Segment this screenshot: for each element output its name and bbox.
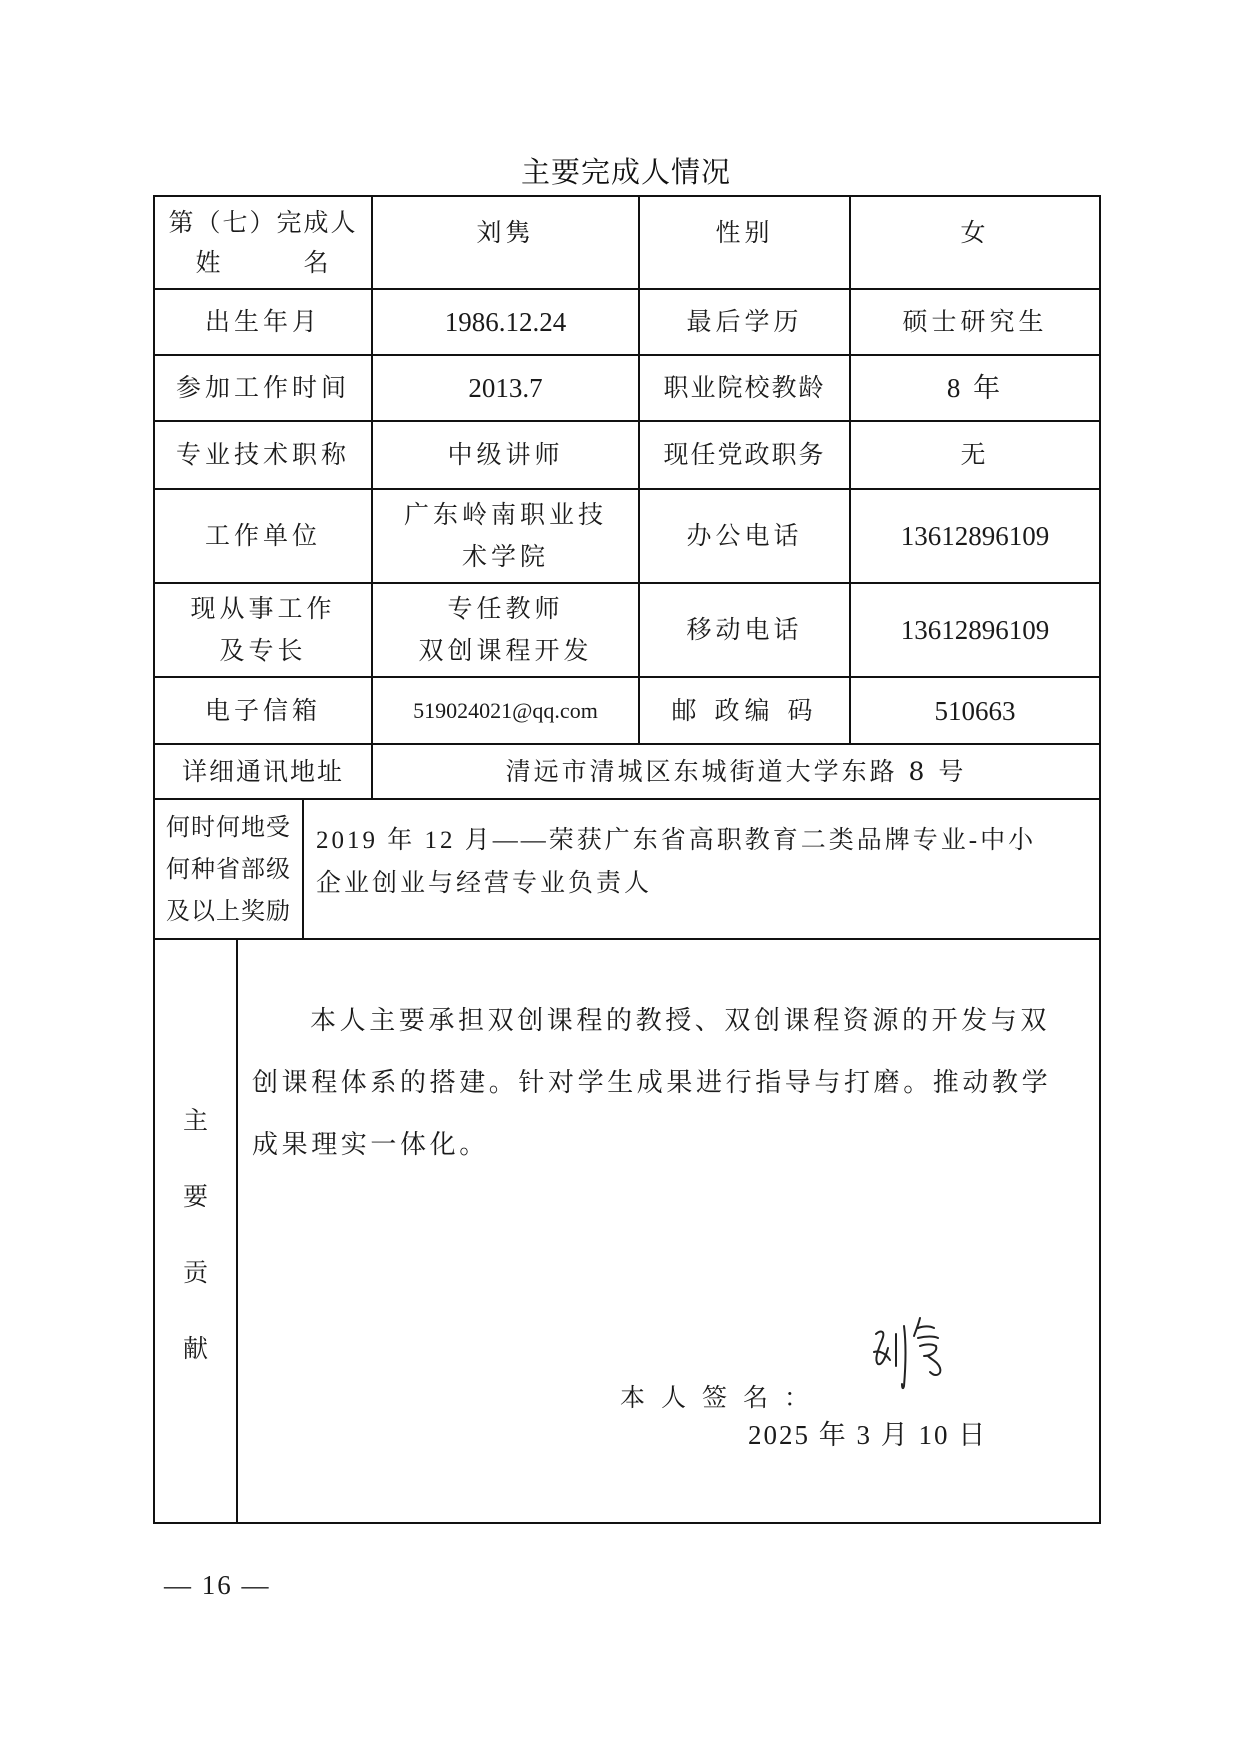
employer-line2: 术学院 — [462, 536, 549, 578]
address-label: 详细通讯地址 — [155, 745, 371, 798]
birth-label: 出生年月 — [155, 290, 371, 354]
teaching-years-value: 8 年 — [851, 356, 1099, 420]
name-value: 刘隽 — [373, 197, 638, 269]
page-number: — 16 — — [164, 1570, 271, 1601]
address-value: 清远市清城区东城街道大学东路 8 号 — [373, 745, 1099, 798]
page-title: 主要完成人情况 — [0, 150, 1240, 191]
mobile-value: 13612896109 — [851, 584, 1099, 676]
contribution-label-char: 要 — [183, 1159, 208, 1235]
email-label: 电子信箱 — [155, 678, 371, 743]
signature-icon — [868, 1312, 958, 1396]
gender-label: 性别 — [640, 197, 849, 269]
contribution-label-char: 献 — [183, 1311, 208, 1387]
signature-date: 2025 年 3 月 10 日 — [748, 1413, 987, 1452]
mobile-label: 移动电话 — [640, 584, 849, 676]
awards-label-line3: 及以上奖励 — [166, 890, 291, 932]
current-work-label-line1: 现从事工作 — [190, 588, 335, 630]
employer-line1: 广东岭南职业技 — [404, 494, 607, 536]
handwritten-signature — [868, 1312, 958, 1396]
office-phone-value: 13612896109 — [851, 490, 1099, 582]
contribution-label-char: 贡 — [183, 1235, 208, 1311]
awards-text-line2: 企业创业与经营专业负责人 — [316, 862, 652, 904]
name-label-cell: 第（七）完成人 姓 名 — [155, 197, 371, 288]
office-phone-label: 办公电话 — [640, 490, 849, 582]
current-work-label: 现从事工作 及专长 — [155, 584, 371, 676]
table-border-right — [1099, 195, 1101, 1524]
contribution-line3: 成果理实一体化。 — [252, 1114, 1092, 1176]
education-label: 最后学历 — [640, 290, 849, 354]
current-work-line1: 专任教师 — [447, 588, 563, 630]
awards-label: 何时何地受 何种省部级 及以上奖励 — [155, 800, 302, 938]
awards-text: 2019 年 12 月——荣获广东省高职教育二类品牌专业-中小 企业创业与经营专… — [304, 820, 1099, 906]
birth-value: 1986.12.24 — [373, 290, 638, 354]
work-start-label: 参加工作时间 — [155, 356, 371, 420]
contribution-line2: 创课程体系的搭建。针对学生成果进行指导与打磨。推动教学 — [252, 1052, 1092, 1114]
gender-value: 女 — [851, 197, 1099, 269]
teaching-years-label: 职业院校教龄 — [640, 356, 849, 420]
awards-text-line1: 2019 年 12 月——荣获广东省高职教育二类品牌专业-中小 — [316, 820, 1036, 862]
work-start-value: 2013.7 — [373, 356, 638, 420]
awards-label-line2: 何种省部级 — [166, 848, 291, 890]
professional-title-label: 专业技术职称 — [155, 422, 371, 488]
party-post-value: 无 — [851, 422, 1099, 488]
current-work-label-line2: 及专长 — [219, 630, 306, 672]
contribution-label: 主 要 贡 献 — [155, 1080, 236, 1390]
professional-title-value: 中级讲师 — [373, 422, 638, 488]
party-post-label: 现任党政职务 — [640, 422, 849, 488]
name-label-line2: 姓 名 — [195, 243, 330, 283]
employer-label: 工作单位 — [155, 490, 371, 582]
postcode-value: 510663 — [851, 678, 1099, 743]
contribution-label-char: 主 — [183, 1083, 208, 1159]
name-label-line1: 第（七）完成人 — [168, 203, 357, 243]
row-divider — [153, 938, 1101, 940]
employer-value: 广东岭南职业技 术学院 — [373, 490, 638, 582]
contribution-line1: 本人主要承担双创课程的教授、双创课程资源的开发与双 — [252, 990, 1092, 1052]
contribution-text: 本人主要承担双创课程的教授、双创课程资源的开发与双 创课程体系的搭建。针对学生成… — [252, 990, 1092, 1176]
signature-label: 本人签名： — [620, 1378, 825, 1414]
awards-label-line1: 何时何地受 — [166, 806, 291, 848]
email-value: 519024021@qq.com — [373, 678, 638, 743]
current-work-value: 专任教师 双创课程开发 — [373, 584, 638, 676]
col-divider — [236, 938, 238, 1524]
current-work-line2: 双创课程开发 — [418, 630, 592, 672]
postcode-label: 邮 政编 码 — [640, 678, 849, 743]
table-border-bottom — [153, 1522, 1101, 1524]
education-value: 硕士研究生 — [851, 290, 1099, 354]
